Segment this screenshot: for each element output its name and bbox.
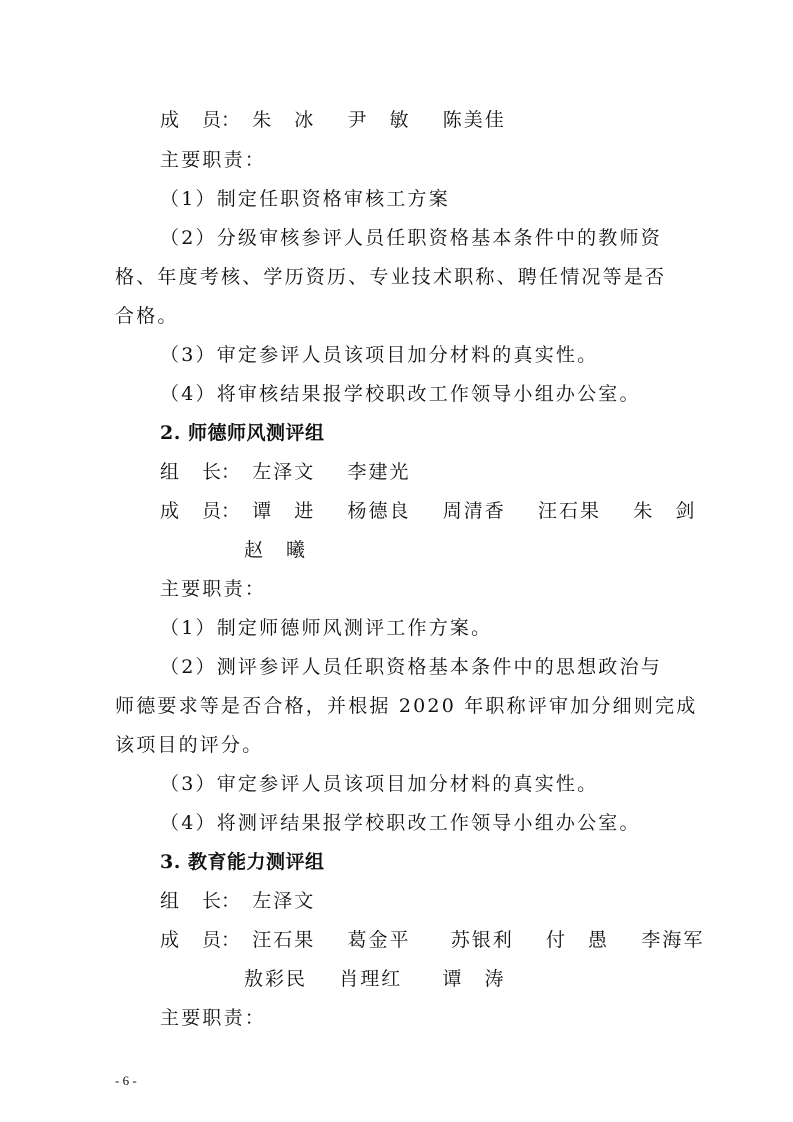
leader-name: 左泽文	[252, 460, 315, 484]
members-line-cont: 赵 曦	[244, 538, 331, 562]
duty-item: （4）将审核结果报学校职改工作领导小组办公室。	[160, 382, 641, 406]
members-line: 成员： 谭 进 杨德良 周清香 汪石果 朱 剑	[160, 499, 720, 523]
section-heading: 3. 教育能力测评组	[160, 850, 324, 874]
member-name: 朱 剑	[633, 499, 696, 523]
duty-item: （4）将测评结果报学校职改工作领导小组办公室。	[160, 811, 641, 835]
member-name: 赵 曦	[244, 538, 307, 562]
duties-label: 主要职责：	[160, 1006, 266, 1030]
member-name: 付 愚	[546, 928, 609, 952]
members-line: 成员： 朱 冰 尹 敏 陈美佳	[160, 108, 530, 132]
member-name: 周清香	[443, 499, 506, 523]
leader-line: 组长： 左泽文	[160, 889, 339, 913]
duties-label: 主要职责：	[160, 148, 266, 172]
duty-item: （3）审定参评人员该项目加分材料的真实性。	[160, 343, 598, 367]
member-name: 李海军	[641, 928, 704, 952]
duty-item: （3）审定参评人员该项目加分材料的真实性。	[160, 772, 598, 796]
members-line-cont: 敖彩民 肖理红 谭 涛	[244, 967, 530, 991]
duty-item-cont: 该项目的评分。	[115, 733, 263, 757]
duty-item-cont: 格、年度考核、学历资历、专业技术职称、聘任情况等是否	[115, 265, 666, 289]
leader-name: 左泽文	[252, 889, 315, 913]
members-line: 成员： 汪石果 葛金平 苏银利 付 愚 李海军	[160, 928, 728, 952]
member-name: 朱 冰	[252, 108, 315, 132]
member-name: 苏银利	[451, 928, 514, 952]
duty-item: （2）测评参评人员任职资格基本条件中的思想政治与	[160, 655, 662, 679]
label-char: 成	[160, 928, 202, 952]
member-name: 汪石果	[538, 499, 601, 523]
duty-item: （1）制定任职资格审核工方案	[160, 187, 450, 211]
label-char: 成	[160, 108, 202, 132]
page-number: - 6 -	[115, 1073, 137, 1089]
leader-line: 组长： 左泽文 李建光	[160, 460, 435, 484]
label-char: 成	[160, 499, 202, 523]
member-name: 葛金平	[348, 928, 411, 952]
member-name: 汪石果	[252, 928, 315, 952]
label-char: 组	[160, 460, 202, 484]
member-name: 陈美佳	[443, 108, 506, 132]
label-char: 员：	[202, 108, 240, 132]
member-name: 肖理红	[339, 967, 402, 991]
member-name: 尹 敏	[348, 108, 411, 132]
duty-item-cont: 合格。	[115, 304, 179, 328]
member-name: 谭 涛	[443, 967, 506, 991]
label-char: 员：	[202, 499, 240, 523]
leader-name: 李建光	[348, 460, 411, 484]
duty-item: （2）分级审核参评人员任职资格基本条件中的教师资	[160, 226, 662, 250]
section-heading: 2. 师德师风测评组	[160, 421, 324, 445]
duty-item-cont: 师德要求等是否合格，并根据 2020 年职称评审加分细则完成	[115, 694, 697, 718]
label-char: 员：	[202, 928, 240, 952]
label-char: 长：	[202, 460, 240, 484]
duty-item: （1）制定师德师风测评工作方案。	[160, 616, 492, 640]
member-name: 敖彩民	[244, 967, 307, 991]
member-name: 杨德良	[348, 499, 411, 523]
label-char: 组	[160, 889, 202, 913]
member-name: 谭 进	[252, 499, 315, 523]
label-char: 长：	[202, 889, 240, 913]
duties-label: 主要职责：	[160, 577, 266, 601]
